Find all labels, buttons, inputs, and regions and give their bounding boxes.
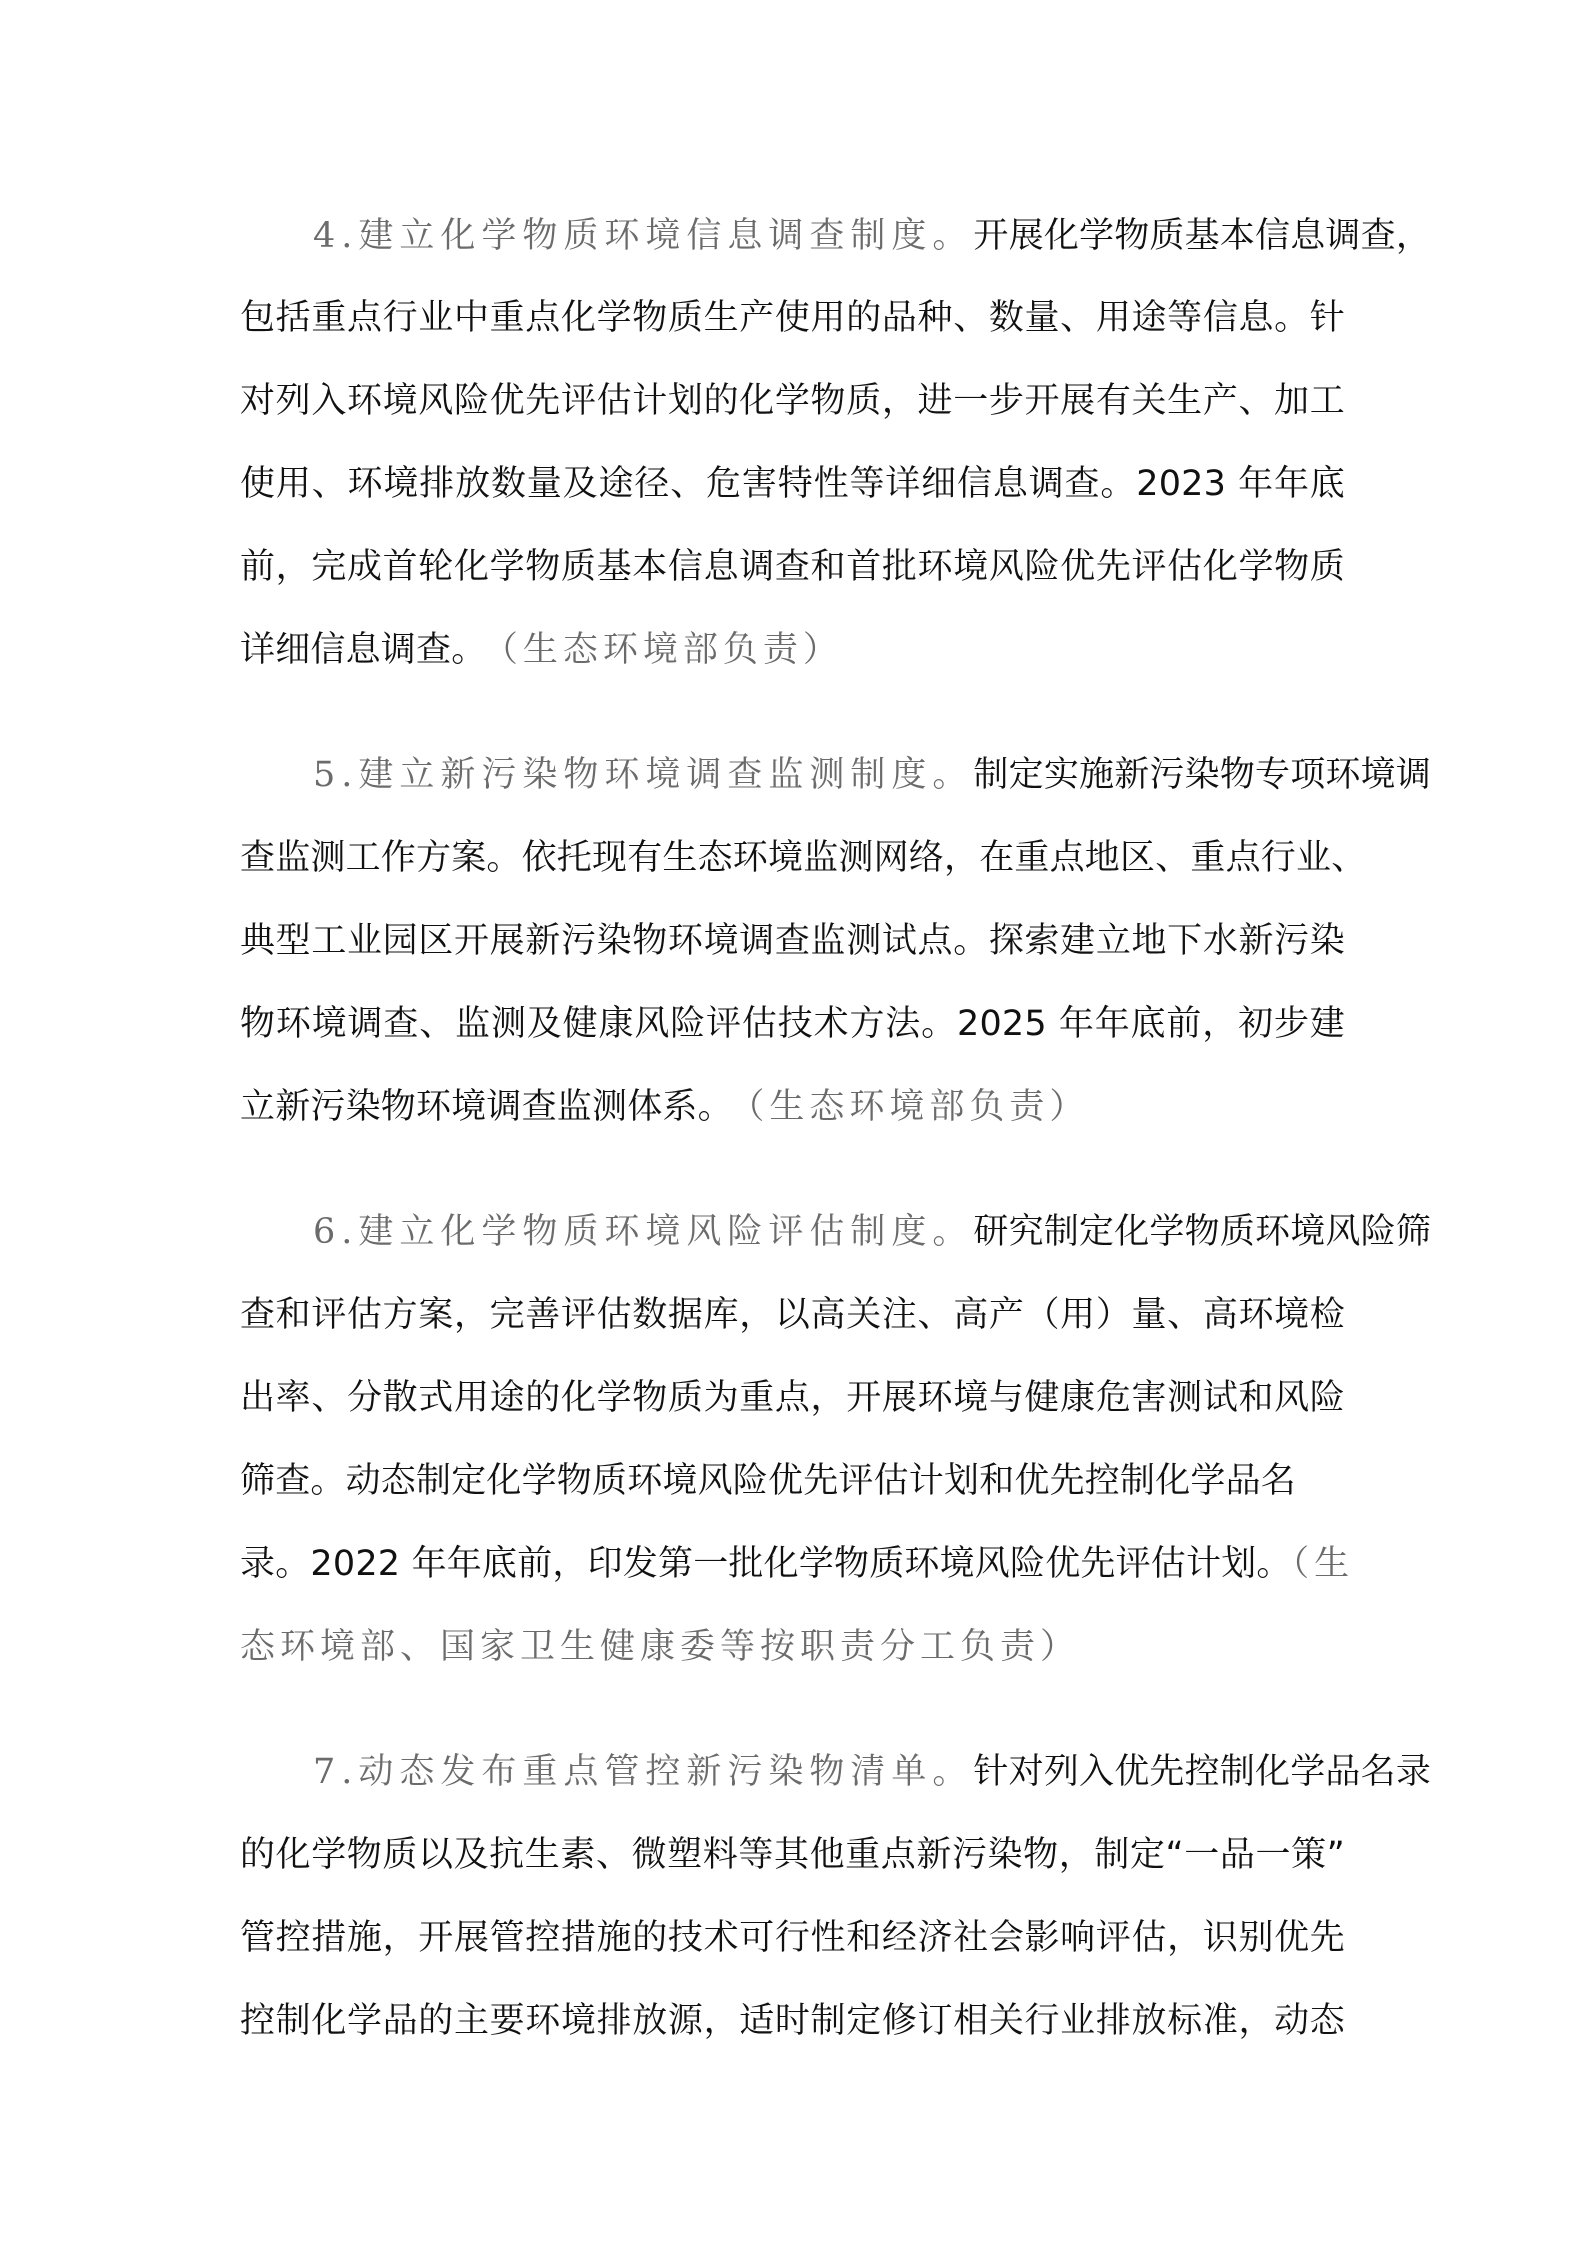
paragraph-6-line-4: 筛查。动态制定化学物质环境风险优先评估计划和优先控制化学品名 (240, 1459, 1296, 1503)
paragraph-4-line-4: 使用、环境排放数量及途径、危害特性等详细信息调查。2023 年年底 (240, 462, 1345, 506)
paragraph-4-heading: 建立化学物质环境信息调查制度。 (358, 216, 973, 256)
paragraph-4-line-3: 对列入环境风险优先评估计划的化学物质，进一步开展有关生产、加工 (240, 379, 1345, 423)
paragraph-6-line-1: 6.建立化学物质环境风险评估制度。研究制定化学物质环境风险筛 (313, 1210, 1431, 1254)
paragraph-4-line-2: 包括重点行业中重点化学物质生产使用的品种、数量、用途等信息。针 (240, 296, 1345, 340)
paragraph-6-line-6: 态环境部、国家卫生健康委等按职责分工负责） (240, 1625, 1080, 1669)
paragraph-5-line-3: 典型工业园区开展新污染物环境调查监测试点。探索建立地下水新污染 (240, 919, 1345, 963)
paragraph-6-line-3: 出率、分散式用途的化学物质为重点，开展环境与健康危害测试和风险 (240, 1376, 1345, 1420)
paragraph-7-heading: 动态发布重点管控新污染物清单。 (358, 1752, 973, 1792)
paragraph-6-number: 6. (313, 1212, 358, 1252)
paragraph-6-text-5: 录。2022 年年底前，印发第一批化学物质环境风险优先评估计划。 (240, 1544, 1292, 1584)
paragraph-5-number: 5. (313, 755, 358, 795)
paragraph-5-line-5: 立新污染物环境调查监测体系。（生态环境部负责） (240, 1085, 1089, 1129)
paragraph-4-line-6: 详细信息调查。（生态环境部负责） (240, 628, 843, 672)
paragraph-5-responsible: （生态环境部负责） (747, 1087, 1090, 1127)
paragraph-4-number: 4. (313, 216, 358, 256)
paragraph-6-heading: 建立化学物质环境风险评估制度。 (358, 1212, 973, 1252)
paragraph-6-line-5: 录。2022 年年底前，印发第一批化学物质环境风险优先评估计划。（生 (240, 1542, 1354, 1586)
paragraph-7-number: 7. (313, 1752, 358, 1792)
paragraph-5-line-2: 查监测工作方案。依托现有生态环境监测网络，在重点地区、重点行业、 (240, 836, 1345, 880)
paragraph-7-line-4: 控制化学品的主要环境排放源，适时制定修订相关行业排放标准，动态 (240, 1999, 1345, 2043)
paragraph-4-line-1: 4.建立化学物质环境信息调查制度。开展化学物质基本信息调查， (313, 214, 1431, 258)
paragraph-6-responsible-end: 态环境部、国家卫生健康委等按职责分工负责） (240, 1627, 1080, 1667)
paragraph-5-line-1: 5.建立新污染物环境调查监测制度。制定实施新污染物专项环境调 (313, 753, 1431, 797)
paragraph-4-line-5: 前，完成首轮化学物质基本信息调查和首批环境风险优先评估化学物质 (240, 545, 1345, 589)
paragraph-5-line-4: 物环境调查、监测及健康风险评估技术方法。2025 年年底前，初步建 (240, 1002, 1345, 1046)
paragraph-6-responsible-start: （生 (1292, 1544, 1355, 1584)
paragraph-7-line-3: 管控措施，开展管控措施的技术可行性和经济社会影响评估，识别优先 (240, 1916, 1345, 1960)
paragraph-4-responsible: （生态环境部负责） (500, 630, 843, 670)
paragraph-4-text: 开展化学物质基本信息调查， (973, 216, 1431, 256)
paragraph-6-line-2: 查和评估方案，完善评估数据库，以高关注、高产（用）量、高环境检 (240, 1293, 1345, 1337)
paragraph-5-heading: 建立新污染物环境调查监测制度。 (358, 755, 973, 795)
paragraph-4-text-end: 详细信息调查。 (240, 630, 486, 670)
paragraph-5-text-end: 立新污染物环境调查监测体系。 (240, 1087, 733, 1127)
paragraph-7-line-2: 的化学物质以及抗生素、微塑料等其他重点新污染物，制定“一品一策” (240, 1833, 1345, 1877)
paragraph-7-text: 针对列入优先控制化学品名录 (973, 1752, 1431, 1792)
paragraph-5-text: 制定实施新污染物专项环境调 (973, 755, 1431, 795)
paragraph-7-line-1: 7.动态发布重点管控新污染物清单。针对列入优先控制化学品名录 (313, 1750, 1431, 1794)
paragraph-6-text: 研究制定化学物质环境风险筛 (973, 1212, 1431, 1252)
